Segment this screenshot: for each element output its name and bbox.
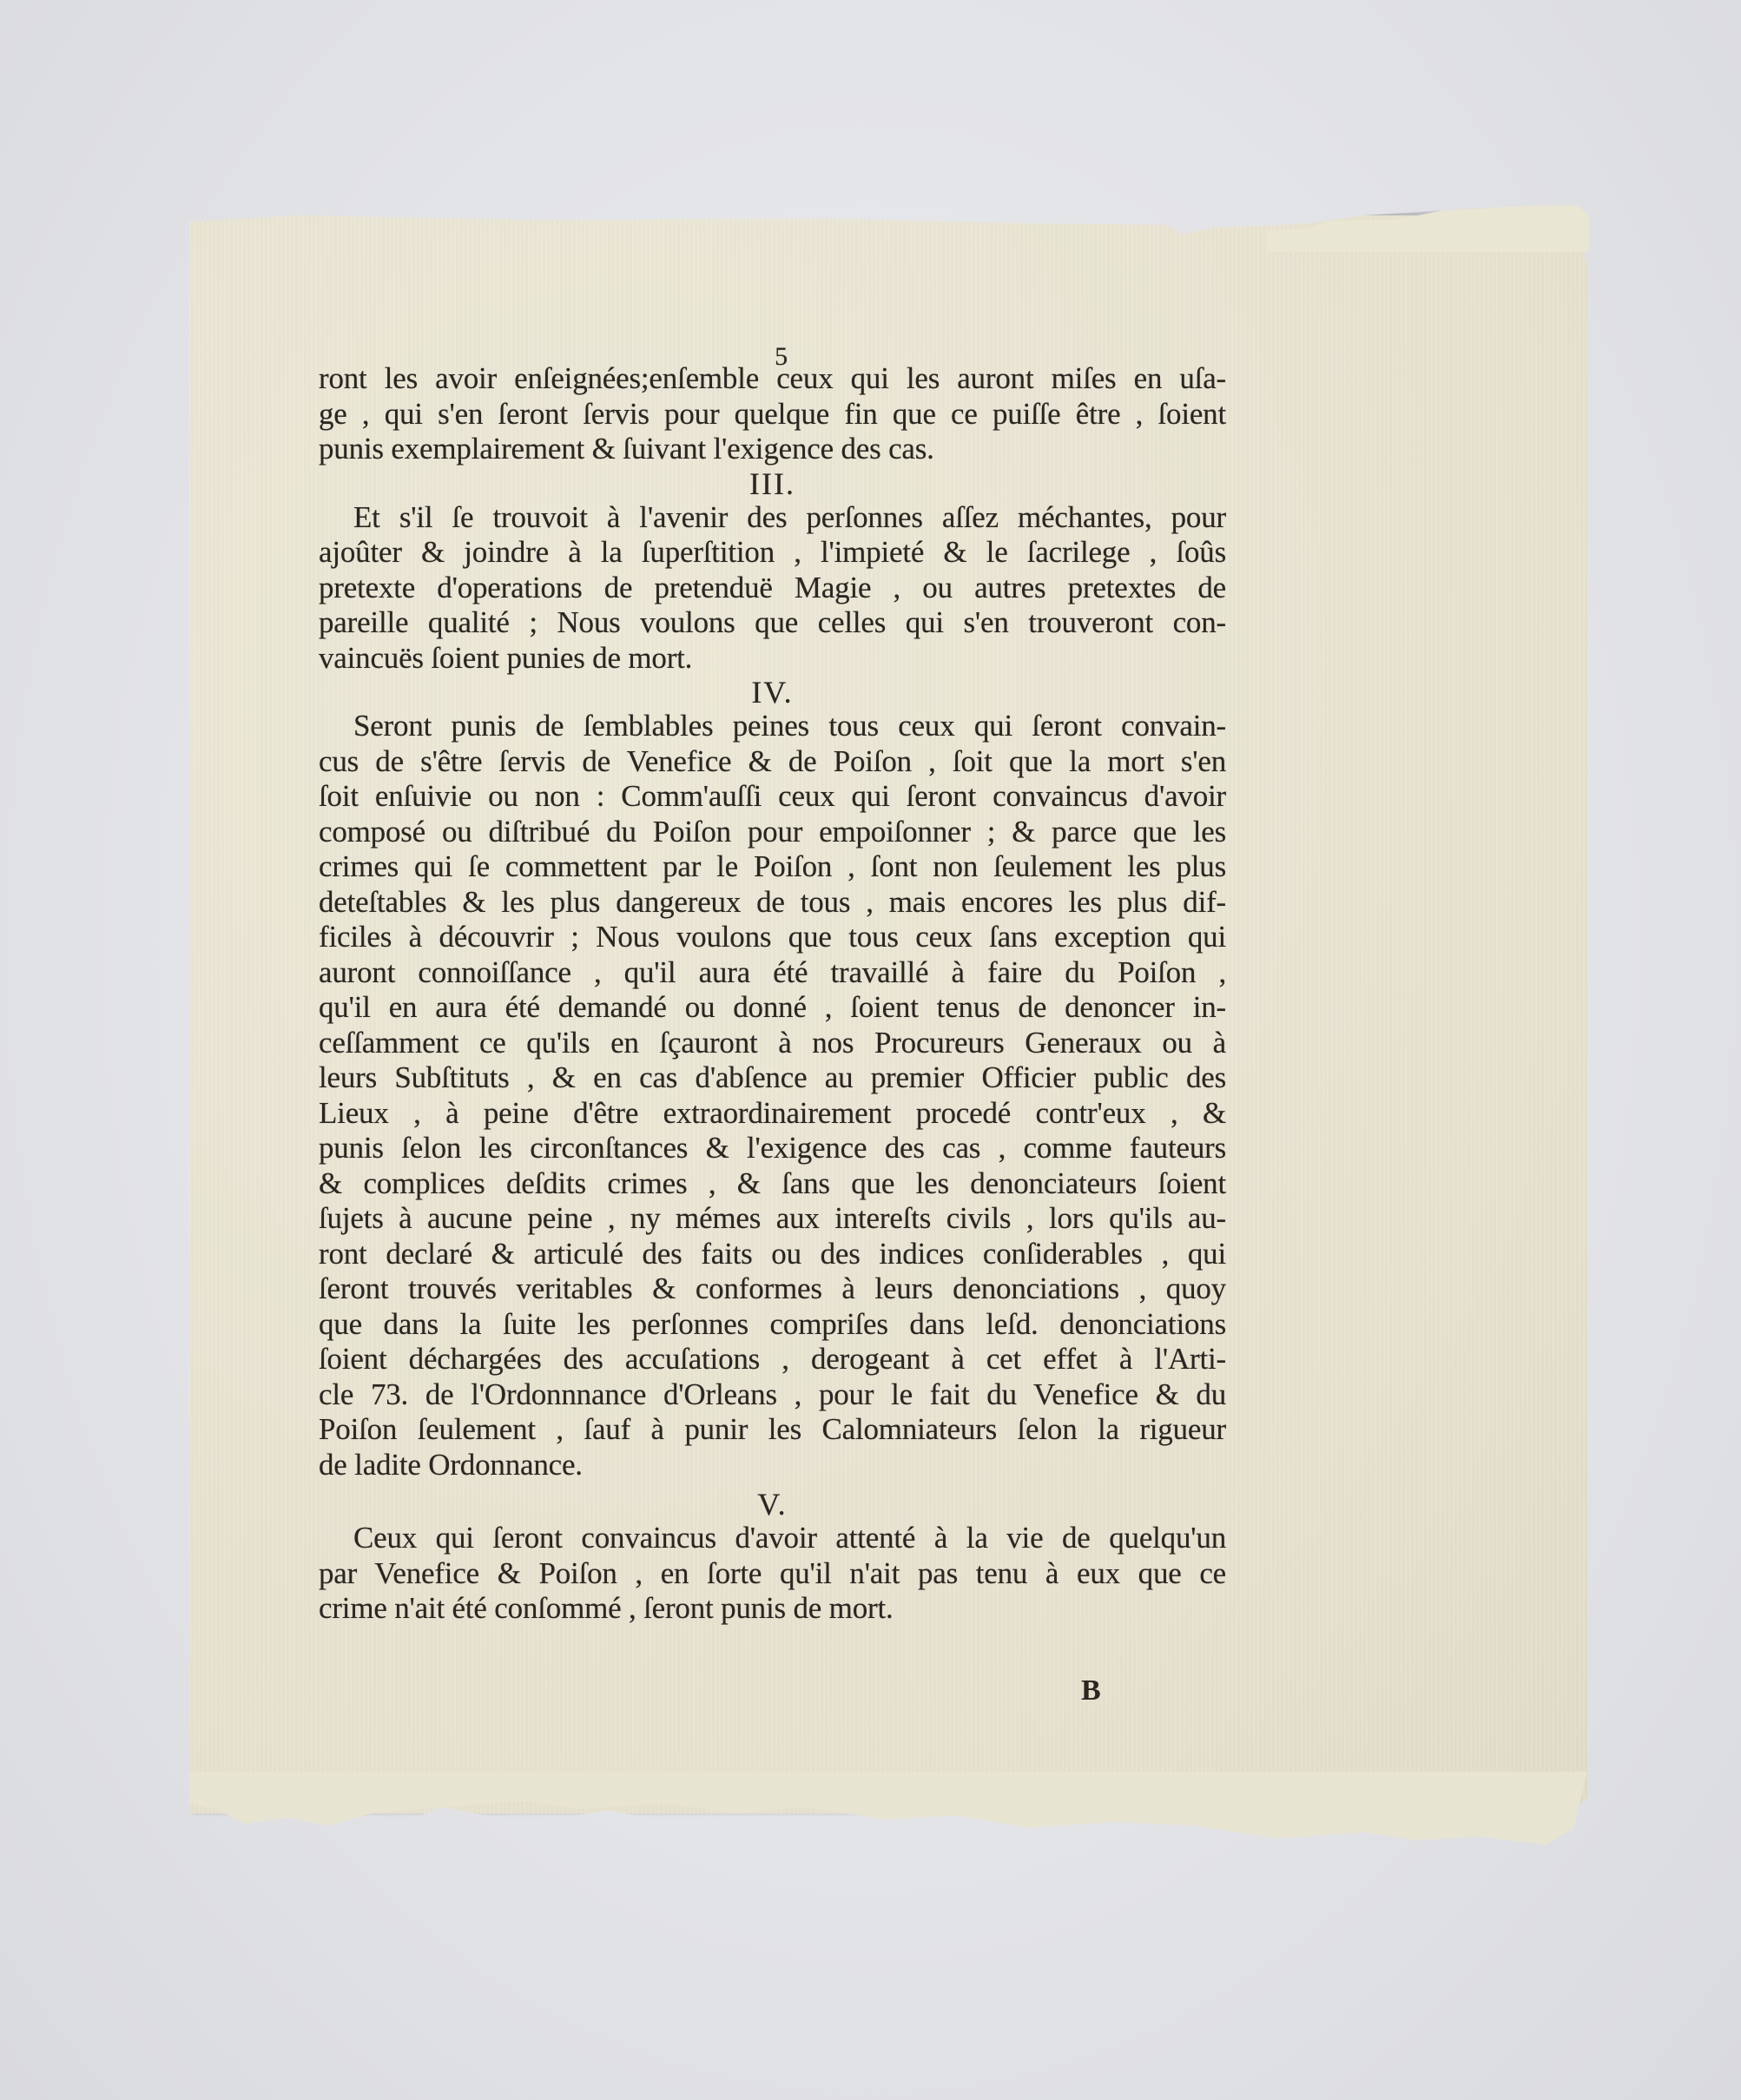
- text-line: ſujets à aucune peine , ny mémes aux int…: [319, 1201, 1226, 1237]
- text-line: Et s'il ſe trouvoit à l'avenir des perſo…: [319, 500, 1226, 536]
- text-line: Lieux , à peine d'être extraordinairemen…: [319, 1096, 1226, 1132]
- text-line: crime n'ait été conſommé , ſeront punis …: [319, 1591, 1226, 1627]
- printed-text-block: 5 ront les avoir enſeignées;enſemble ceu…: [319, 346, 1226, 1627]
- text-line: leurs Subſtituts , & en cas d'abſence au…: [319, 1060, 1226, 1096]
- text-line: ſoit enſuivie ou non : Comm'auſſi ceux q…: [319, 779, 1226, 815]
- text-line: pretexte d'operations de pretenduë Magie…: [319, 571, 1226, 606]
- text-line: ront les avoir enſeignées;enſemble ceux …: [319, 361, 1226, 397]
- article-iii: III. Et s'il ſe trouvoit à l'avenir des …: [319, 467, 1226, 677]
- article-heading: IV.: [319, 676, 1226, 709]
- text-line: que dans la ſuite les perſonnes compriſe…: [319, 1307, 1226, 1343]
- opening-paragraph: ront les avoir enſeignées;enſemble ceux …: [319, 361, 1226, 467]
- text-line: composé ou diſtribué du Poiſon pour empo…: [319, 815, 1226, 850]
- article-heading: V.: [319, 1488, 1226, 1521]
- text-line: ſeront trouvés veritables & conformes à …: [319, 1271, 1226, 1307]
- text-line: Ceux qui ſeront convaincus d'avoir atten…: [319, 1521, 1226, 1556]
- text-line: ge , qui s'en ſeront ſervis pour quelque…: [319, 397, 1226, 433]
- text-line: pareille qualité ; Nous voulons que cell…: [319, 605, 1226, 641]
- page-number: 5: [319, 344, 1226, 361]
- text-line: ſoient déchargées des accuſations , dero…: [319, 1342, 1226, 1377]
- text-line: crimes qui ſe commettent par le Poiſon ,…: [319, 849, 1226, 885]
- text-line: ficiles à découvrir ; Nous voulons que t…: [319, 920, 1226, 955]
- text-line: deteſtables & les plus dangereux de tous…: [319, 885, 1226, 921]
- text-line: vaincuës ſoient punies de mort.: [319, 641, 1226, 677]
- text-line: Seront punis de ſemblables peines tous c…: [319, 709, 1226, 744]
- text-line: de ladite Ordonnance.: [319, 1448, 1226, 1483]
- text-line: auront connoiſſance , qu'il aura été tra…: [319, 955, 1226, 991]
- text-line: Poiſon ſeulement , ſauf à punir les Calo…: [319, 1412, 1226, 1448]
- text-line: & complices deſdits crimes , & ſans que …: [319, 1166, 1226, 1202]
- article-heading: III.: [319, 467, 1226, 500]
- text-line: ceſſamment ce qu'ils en ſçauront à nos P…: [319, 1026, 1226, 1061]
- text-line: ront declaré & articulé des faits ou des…: [319, 1237, 1226, 1272]
- text-line: qu'il en aura été demandé ou donné , ſoi…: [319, 990, 1226, 1026]
- text-line: cus de s'être ſervis de Venefice & de Po…: [319, 744, 1226, 780]
- article-v: V. Ceux qui ſeront convaincus d'avoir at…: [319, 1488, 1226, 1627]
- text-line: punis ſelon les circonſtances & l'exigen…: [319, 1131, 1226, 1166]
- signature-mark: B: [1081, 1674, 1101, 1707]
- article-iv: IV. Seront punis de ſemblables peines to…: [319, 676, 1226, 1483]
- text-line: par Venefice & Poiſon , en ſorte qu'il n…: [319, 1556, 1226, 1592]
- text-line: cle 73. de l'Ordonnnance d'Orleans , pou…: [319, 1377, 1226, 1413]
- text-line: punis exemplairement & ſuivant l'exigenc…: [319, 432, 1226, 467]
- text-line: ajoûter & joindre à la ſuperſtition , l'…: [319, 535, 1226, 571]
